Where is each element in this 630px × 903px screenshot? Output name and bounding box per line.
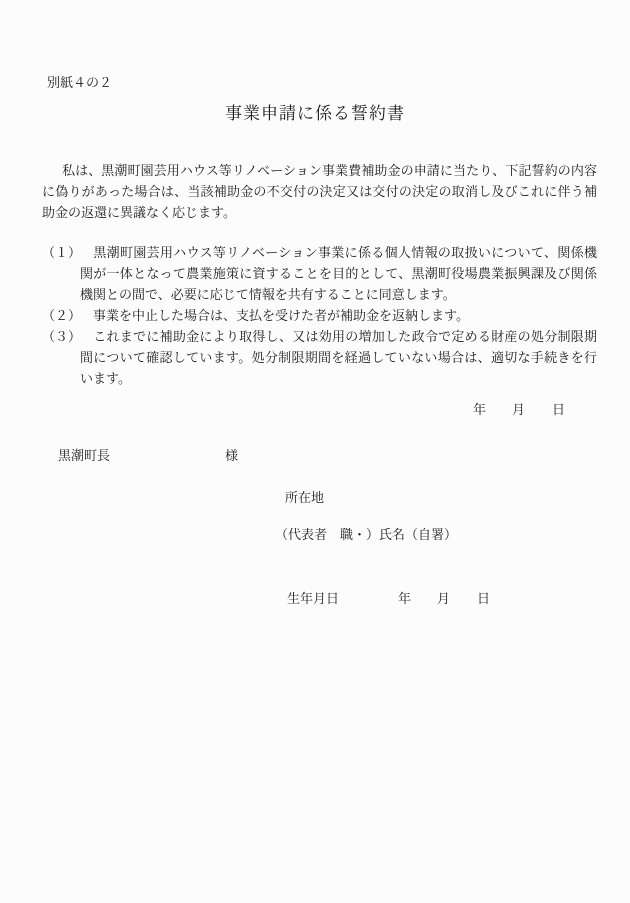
pledge-item-3: （３）これまでに補助金により取得し、又は効用の増加した政令で定める財産の処分制限… [42,326,597,389]
document-page: 別紙４の２ 事業申請に係る誓約書 私は、黒潮町園芸用ハウス等リノベーション事業費… [0,0,630,903]
pledge-text: 黒潮町園芸用ハウス等リノベーション事業に係る個人情報の取扱いについて、関係機関が… [80,245,597,302]
pledge-list: （１）黒潮町園芸用ハウス等リノベーション事業に係る個人情報の取扱いについて、関係… [42,242,597,389]
pledge-item-1: （１）黒潮町園芸用ハウス等リノベーション事業に係る個人情報の取扱いについて、関係… [42,242,597,305]
date-year-label: 年 [473,402,486,417]
pledge-text: 事業を中止した場合は、支払を受けた者が補助金を返納します。 [93,308,469,323]
representative-name-field-label: （代表者 職・）氏名（自署） [275,524,630,545]
pledge-number: （２） [42,305,93,326]
birthdate-line: 生年月日年月日 [287,588,630,609]
location-field-label: 所在地 [285,487,630,508]
pledge-number: （１） [42,242,93,263]
addressee-honorific: 様 [225,448,238,463]
document-title: 事業申請に係る誓約書 [0,102,630,126]
pledge-number: （３） [42,326,93,347]
pledge-text: これまでに補助金により取得し、又は効用の増加した政令で定める財産の処分制限期間に… [80,329,597,386]
addressee-line: 黒潮町長様 [58,445,630,466]
addressee-name: 黒潮町長 [58,448,110,463]
attachment-ref-label: 別紙４の２ [47,0,630,93]
date-day-label: 日 [552,402,565,417]
birthdate-day-label: 日 [477,591,490,606]
birthdate-month-label: 月 [437,591,450,606]
pledge-item-2: （２）事業を中止した場合は、支払を受けた者が補助金を返納します。 [42,305,597,326]
date-month-label: 月 [512,402,525,417]
birthdate-year-label: 年 [398,591,411,606]
signature-date-line: 年月日 [0,399,630,420]
birthdate-label: 生年月日 [287,591,339,606]
intro-paragraph: 私は、黒潮町園芸用ハウス等リノベーション事業費補助金の申請に当たり、下記誓約の内… [42,160,597,223]
